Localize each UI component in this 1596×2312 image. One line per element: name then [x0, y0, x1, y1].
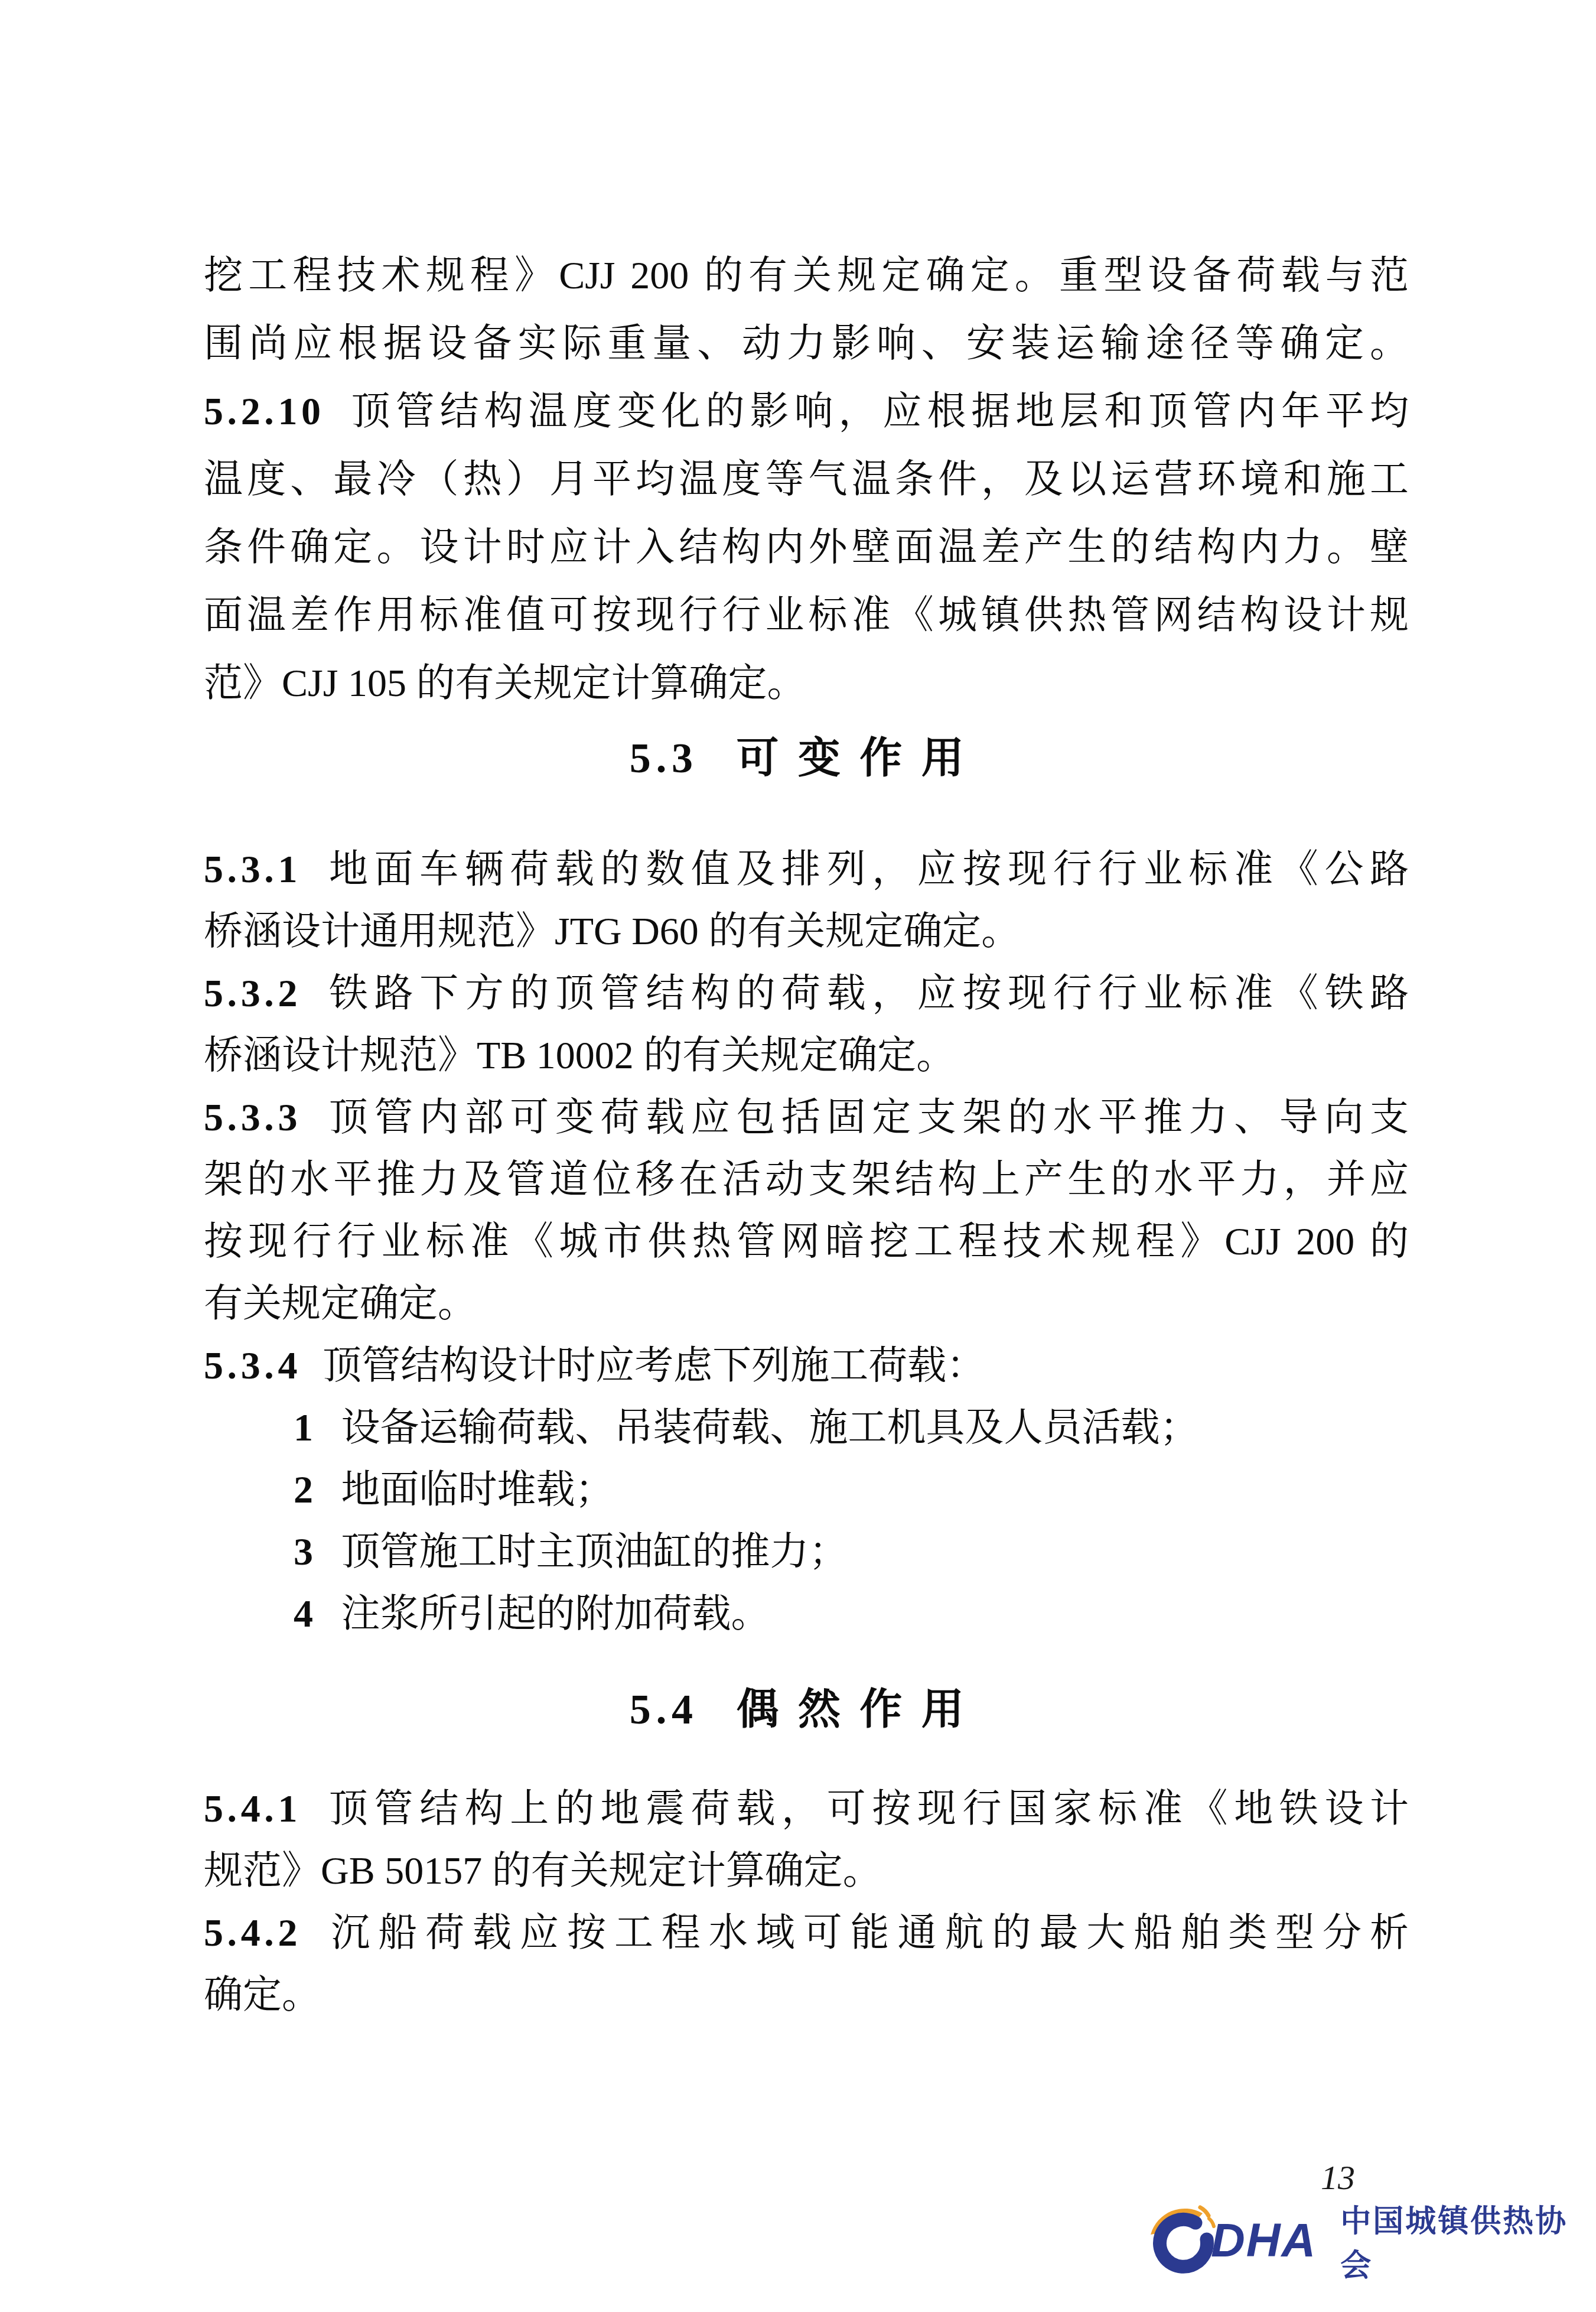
list-item: 1设备运输荷载、吊装荷载、施工机具及人员活载； — [204, 1403, 1409, 1453]
clause-number: 5.3.2 — [204, 972, 301, 1015]
line-text: 顶管结构温度变化的影响，应根据地层和顶管内年平均 — [346, 390, 1409, 433]
line-text: 温度、最冷（热）月平均温度等气温条件，及以运营环境和施工 — [204, 458, 1409, 501]
line-text: 地面车辆荷载的数值及排列，应按现行行业标准《公路 — [323, 848, 1409, 891]
list-item: 4注浆所引起的附加荷载。 — [204, 1589, 1409, 1639]
doc-line: 架的水平推力及管道位移在活动支架结构上产生的水平力，并应 — [204, 1155, 1409, 1205]
cdha-logo: DHA 中国城镇供热协会 — [1149, 2197, 1596, 2284]
section-title: 偶然作用 — [737, 1686, 983, 1733]
list-item-number: 4 — [294, 1592, 317, 1635]
list-item: 3顶管施工时主顶油缸的推力； — [204, 1527, 1409, 1577]
line-text: 地面临时堆载； — [341, 1468, 614, 1511]
cdha-logo-icon — [1149, 2204, 1220, 2277]
doc-line: 桥涵设计规范》TB 10002 的有关规定确定。 — [204, 1031, 1409, 1081]
doc-line: 有关规定确定。 — [204, 1279, 1409, 1329]
line-text: 规范》GB 50157 的有关规定计算确定。 — [204, 1849, 882, 1892]
clause-number: 5.4.1 — [204, 1787, 301, 1830]
doc-line: 温度、最冷（热）月平均温度等气温条件，及以运营环境和施工 — [204, 455, 1409, 505]
clause-number: 5.2.10 — [204, 390, 325, 433]
doc-line: 5.3.1地面车辆荷载的数值及排列，应按现行行业标准《公路 — [204, 845, 1409, 895]
doc-line: 5.2.10顶管结构温度变化的影响，应根据地层和顶管内年平均 — [204, 387, 1409, 437]
section-heading-5-3: 5.3 可变作用 — [204, 733, 1409, 783]
section-number: 5.4 — [630, 1686, 698, 1733]
line-text: 桥涵设计规范》TB 10002 的有关规定确定。 — [204, 1034, 955, 1077]
line-text: 铁路下方的顶管结构的荷载，应按现行行业标准《铁路 — [323, 972, 1409, 1015]
doc-line: 5.3.3顶管内部可变荷载应包括固定支架的水平推力、导向支 — [204, 1093, 1409, 1143]
doc-line: 桥涵设计通用规范》JTG D60 的有关规定确定。 — [204, 907, 1409, 957]
logo-blue-crescent — [1160, 2219, 1207, 2267]
line-text: 按现行行业标准《城市供热管网暗挖工程技术规程》CJJ 200 的 — [204, 1220, 1409, 1263]
clause-number: 5.3.3 — [204, 1096, 301, 1139]
doc-line: 5.4.2沉船荷载应按工程水域可能通航的最大船舶类型分析 — [204, 1908, 1409, 1958]
doc-line: 范》CJJ 105 的有关规定计算确定。 — [204, 659, 1409, 708]
line-text: 顶管结构设计时应考虑下列施工荷载： — [323, 1344, 985, 1387]
doc-line: 5.4.1顶管结构上的地震荷载，可按现行国家标准《地铁设计 — [204, 1784, 1409, 1834]
doc-line: 挖工程技术规程》CJJ 200 的有关规定确定。重型设备荷载与范 — [204, 251, 1409, 301]
logo-abbr-text: DHA — [1211, 2213, 1317, 2268]
doc-line: 5.3.4顶管结构设计时应考虑下列施工荷载： — [204, 1341, 1409, 1391]
doc-line: 条件确定。设计时应计入结构内外壁面温差产生的结构内力。壁 — [204, 523, 1409, 573]
line-text: 条件确定。设计时应计入结构内外壁面温差产生的结构内力。壁 — [204, 526, 1409, 569]
line-text: 范》CJJ 105 的有关规定计算确定。 — [204, 662, 806, 705]
clause-number: 5.3.1 — [204, 848, 301, 891]
list-item-number: 1 — [294, 1406, 317, 1449]
line-text: 顶管结构上的地震荷载，可按现行国家标准《地铁设计 — [323, 1787, 1409, 1830]
section-title: 可变作用 — [737, 734, 983, 782]
line-text: 沉船荷载应按工程水域可能通航的最大船舶类型分析 — [323, 1911, 1409, 1955]
line-text: 顶管内部可变荷载应包括固定支架的水平推力、导向支 — [323, 1096, 1409, 1139]
line-text: 架的水平推力及管道位移在活动支架结构上产生的水平力，并应 — [204, 1158, 1409, 1201]
doc-line: 按现行行业标准《城市供热管网暗挖工程技术规程》CJJ 200 的 — [204, 1217, 1409, 1267]
doc-line: 围尚应根据设备实际重量、动力影响、安装运输途径等确定。 — [204, 319, 1409, 369]
list-item-number: 3 — [294, 1530, 317, 1573]
section-heading-5-4: 5.4 偶然作用 — [204, 1684, 1409, 1735]
document-page: 挖工程技术规程》CJJ 200 的有关规定确定。重型设备荷载与范 围尚应根据设备… — [0, 0, 1596, 2312]
line-text: 桥涵设计通用规范》JTG D60 的有关规定确定。 — [204, 910, 1020, 953]
doc-line: 确定。 — [204, 1970, 1409, 2020]
page-number: 13 — [1291, 2158, 1385, 2197]
line-text: 确定。 — [204, 1973, 321, 2017]
doc-line: 5.3.2铁路下方的顶管结构的荷载，应按现行行业标准《铁路 — [204, 969, 1409, 1019]
list-item: 2地面临时堆载； — [204, 1465, 1409, 1515]
line-text: 顶管施工时主顶油缸的推力； — [341, 1530, 848, 1573]
doc-line: 面温差作用标准值可按现行行业标准《城镇供热管网结构设计规 — [204, 591, 1409, 640]
list-item-number: 2 — [294, 1468, 317, 1511]
clause-number: 5.4.2 — [204, 1911, 301, 1955]
logo-org-name: 中国城镇供热协会 — [1340, 2196, 1596, 2285]
line-text: 围尚应根据设备实际重量、动力影响、安装运输途径等确定。 — [204, 322, 1409, 365]
line-text: 有关规定确定。 — [204, 1282, 477, 1325]
doc-line: 规范》GB 50157 的有关规定计算确定。 — [204, 1846, 1409, 1896]
line-text: 注浆所引起的附加荷载。 — [341, 1592, 770, 1635]
section-number: 5.3 — [630, 734, 698, 782]
line-text: 设备运输荷载、吊装荷载、施工机具及人员活载； — [341, 1406, 1199, 1449]
clause-number: 5.3.4 — [204, 1344, 301, 1387]
line-text: 挖工程技术规程》CJJ 200 的有关规定确定。重型设备荷载与范 — [204, 254, 1409, 297]
line-text: 面温差作用标准值可按现行行业标准《城镇供热管网结构设计规 — [204, 594, 1409, 637]
